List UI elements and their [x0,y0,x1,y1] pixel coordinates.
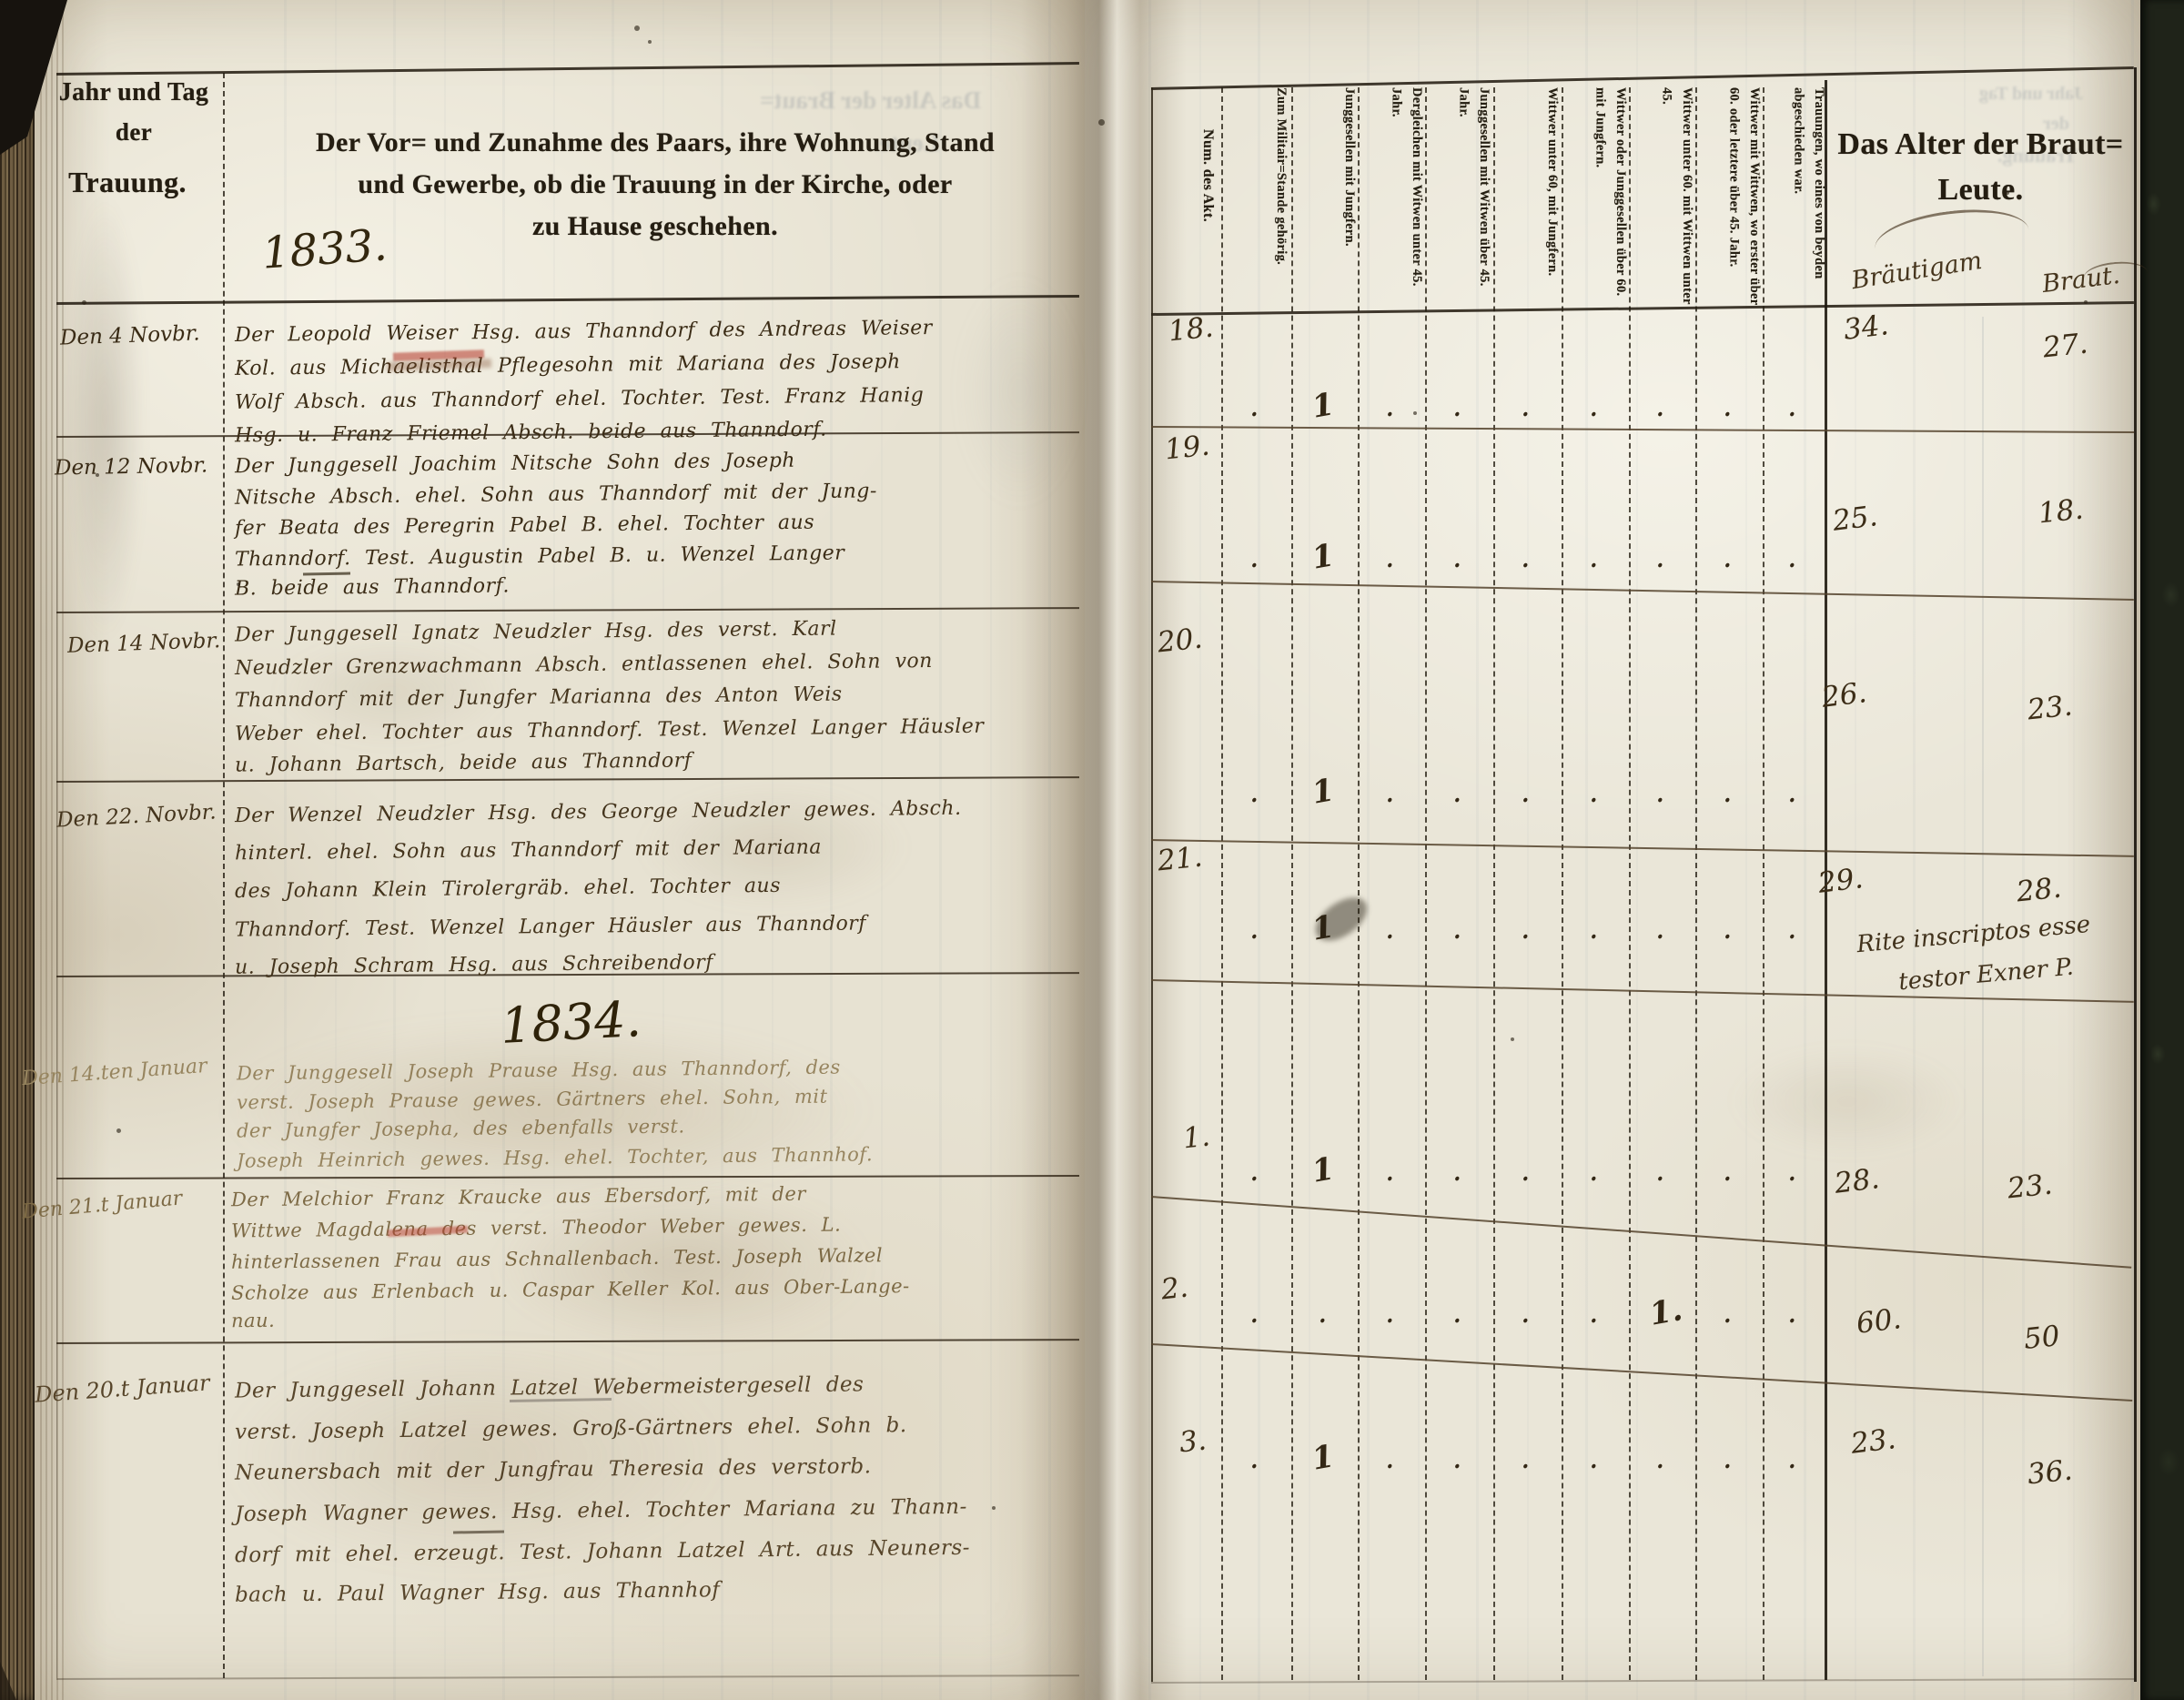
tally-column-divider [1291,87,1293,1680]
ink-speck [2084,300,2088,304]
column-header-junggesellen-jungfern: Junggesellen mit Jungfern. [1289,87,1360,317]
bleed-through-text: Das Alter der Braut= [760,86,981,115]
age-header-line2: Leute. [1827,173,2134,207]
left-header-line1: Jahr und Tag [47,78,220,107]
ink-speck [992,1506,996,1510]
ink-speck [2006,191,2009,195]
tally-column-divider [1763,87,1764,1680]
paper-stain [218,1019,874,1201]
groom-age: 29. [1816,862,1865,900]
bleed-through-text: Jahr und Tag [1979,84,2083,105]
column-header-num: Num. des Akt. [1159,129,1216,320]
paper-stain [218,1338,728,1574]
column-header-trauungen-abgeschieden: Trauungen, wo eines von beyden abgeschie… [1758,87,1829,317]
bride-age: 23. [2026,690,2074,727]
right-table-left-border [1151,87,1153,1682]
groom-age: 26. [1820,676,1868,714]
bride-age: 23. [2006,1169,2054,1206]
groom-age: 60. [1855,1302,1903,1341]
paper-stain [1729,1047,1966,1156]
bride-age: 36. [2026,1454,2074,1492]
book-cover-edge [2140,0,2184,1700]
entry-text-line: nau. [231,1310,275,1332]
bride-age: 18. [2037,493,2085,531]
groom-age: 28. [1833,1162,1881,1200]
marriage-register-spread: Das Alter der Braut= Leute. Jahr und Tag… [0,0,2184,1700]
tally-column-divider [1221,87,1223,1680]
tally-column-divider [1358,87,1360,1680]
paper-stain [273,637,510,746]
year-heading-1833: 1833. [260,219,389,278]
names-column-header-line2: und Gewerbe, ob die Trauung in der Kirch… [246,169,1065,200]
tally-column-divider [1629,87,1631,1680]
paper-stain [955,273,1083,510]
tally-column-divider [1695,87,1697,1680]
names-column-header-line1: Der Vor= und Zunahme des Paars, ihre Woh… [246,127,1065,158]
right-table-right-border [2134,67,2137,1682]
column-header-dergleichen-witwen-u45: Dergleichen mit Witwen unter 45. Jahr. [1356,87,1427,317]
bride-age: 28. [2015,872,2063,909]
column-header-wittwer-u60-wittwen-u45: Wittwer unter 60. mit Wittwen unter 45. [1626,87,1697,317]
column-header-militair: Zum Militair=Stande gehörig. [1220,87,1291,317]
column-header-wittwer-u60-jungfern: Wittwer unter 60, mit Jungfern. [1491,87,1562,317]
left-table-left-border [56,73,57,1678]
ink-speck [1098,119,1105,126]
paper-stain [64,191,146,646]
ink-speck [96,473,99,477]
groom-bride-divider [1982,317,1984,1676]
groom-age: 23. [1849,1422,1897,1461]
column-header-wittwer-wittwen-ue60-ue45: Wittwer mit Wittwen, wo erster über 60. … [1694,87,1764,317]
row-number: 20. [1156,622,1204,660]
paper-stain [491,1183,874,1347]
paper-stain [637,783,910,910]
tally-column-divider [1425,87,1427,1680]
row-number: 21. [1156,841,1204,878]
entry-text-line: u. Johann Bartsch, beide aus Thanndorf [235,749,693,776]
bride-age: 50 [2022,1320,2061,1356]
row-number: 18. [1167,311,1215,349]
ink-speck [82,300,86,305]
column-header-junggesellen-witwen-ue45: Junggesellen mit Witwen über 45. Jahr. [1423,87,1494,317]
age-header-line1: Das Alter der Braut= [1827,127,2134,162]
ink-speck [116,1128,121,1133]
left-header-line2: der [47,118,220,147]
tally-column-divider [1493,87,1495,1680]
row-number: 19. [1163,430,1211,467]
row-number: 1. [1181,1120,1211,1156]
tally-mark: 1. [1647,1291,1685,1333]
groom-age: 25. [1831,500,1879,538]
ink-speck [237,582,240,586]
ink-speck [634,25,640,31]
groom-age: 34. [1842,309,1890,347]
row-number: 2. [1159,1271,1189,1307]
tally-column-divider [1562,87,1563,1680]
entry-text-line: B. beide aus Thanndorf. [235,574,510,600]
row-number: 3. [1178,1424,1208,1460]
ink-speck [1511,1037,1514,1041]
ink-speck [1413,411,1417,415]
ink-speck [648,40,652,44]
bride-age: 27. [2041,328,2089,365]
column-header-wittwer-ue60-jungfern: Wittwer oder Junggesellen über 60. mit J… [1560,87,1631,317]
